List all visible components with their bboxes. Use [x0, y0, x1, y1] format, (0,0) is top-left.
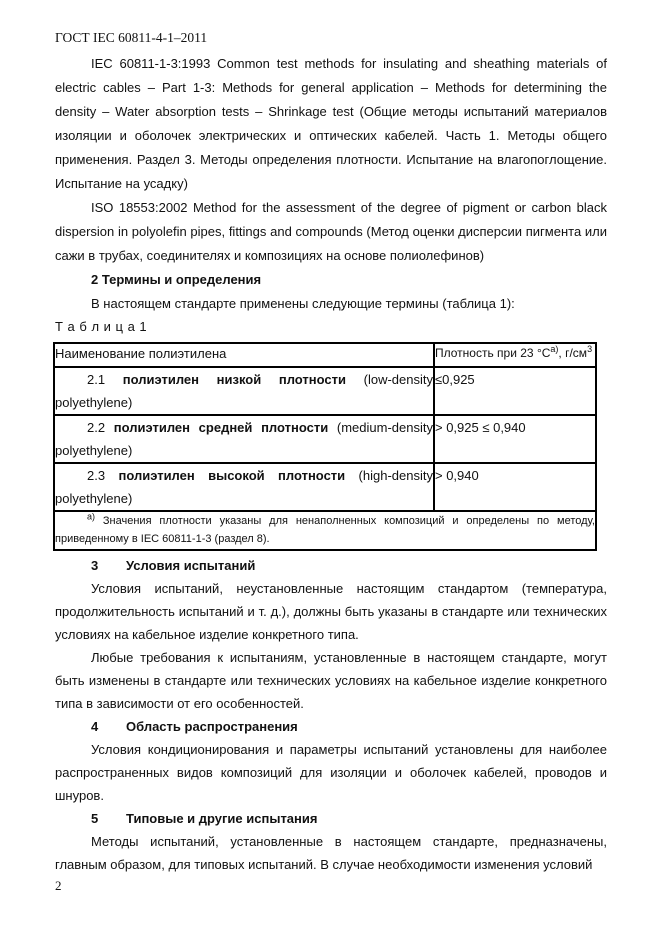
density-header-units-sup: 3: [587, 344, 592, 354]
section-title: Условия испытаний: [126, 558, 255, 573]
density-table: Наименование полиэтилена Плотность при 2…: [53, 342, 597, 551]
footnote-mark: а): [87, 511, 95, 521]
table-row: 2.1 полиэтилен низкой плотности (low-den…: [54, 367, 596, 415]
term-name: полиэтилен высокой плотности: [118, 468, 345, 483]
paragraph-iec-reference: IEC 60811-1-3:1993 Common test methods f…: [55, 52, 607, 196]
section-title: Область распространения: [126, 719, 298, 734]
paragraph-iso-reference: ISO 18553:2002 Method for the assessment…: [55, 196, 607, 268]
term-cell-high-density: 2.3 полиэтилен высокой плотности (high-d…: [54, 463, 434, 511]
section-heading-type-tests: 5Типовые и другие испытания: [55, 807, 607, 830]
section-heading-scope: 4Область распространения: [55, 715, 607, 738]
term-name: полиэтилен средней плотности: [114, 420, 328, 435]
table-header-name: Наименование полиэтилена: [54, 343, 434, 367]
term-cell-medium-density: 2.2 полиэтилен средней плотности (medium…: [54, 415, 434, 463]
paragraph-type-tests: Методы испытаний, установленные в настоя…: [55, 830, 607, 876]
paragraph-scope: Условия кондиционирования и параметры ис…: [55, 738, 607, 807]
section-number: 5: [91, 807, 126, 830]
value-cell-low-density: ≤0,925: [434, 367, 596, 415]
section-number: 4: [91, 715, 126, 738]
document-body: IEC 60811-1-3:1993 Common test methods f…: [55, 52, 607, 876]
table-row: 2.3 полиэтилен высокой плотности (high-d…: [54, 463, 596, 511]
density-header-units: , г/см: [558, 346, 587, 360]
section-title: Типовые и другие испытания: [126, 811, 317, 826]
section-heading-terms: 2 Термины и определения: [55, 268, 607, 292]
table-header-row: Наименование полиэтилена Плотность при 2…: [54, 343, 596, 367]
section-heading-test-conditions: 3Условия испытаний: [55, 554, 607, 577]
table-header-density: Плотность при 23 °Са), г/см3: [434, 343, 596, 367]
table-footnote-row: а) Значения плотности указаны для ненапо…: [54, 511, 596, 550]
table-caption: Т а б л и ц а 1: [55, 316, 607, 338]
value-cell-high-density: > 0,940: [434, 463, 596, 511]
paragraph-conditions-1: Условия испытаний, неустановленные насто…: [55, 577, 607, 646]
density-header-text: Плотность при 23 °С: [435, 346, 550, 360]
term-number: 2.2: [87, 420, 105, 435]
term-number: 2.3: [87, 468, 105, 483]
footnote-text: Значения плотности указаны для ненаполне…: [55, 515, 595, 545]
term-name: полиэтилен низкой плотности: [123, 372, 346, 387]
table-row: 2.2 полиэтилен средней плотности (medium…: [54, 415, 596, 463]
value-cell-medium-density: > 0,925 ≤ 0,940: [434, 415, 596, 463]
term-number: 2.1: [87, 372, 105, 387]
document-code-header: ГОСТ IEC 60811-4-1–2011: [55, 30, 207, 46]
section-number: 3: [91, 554, 126, 577]
paragraph-terms-intro: В настоящем стандарте применены следующи…: [55, 292, 607, 316]
table-footnote: а) Значения плотности указаны для ненапо…: [54, 511, 596, 550]
document-page: ГОСТ IEC 60811-4-1–2011 IEC 60811-1-3:19…: [0, 0, 661, 936]
term-cell-low-density: 2.1 полиэтилен низкой плотности (low-den…: [54, 367, 434, 415]
page-number: 2: [55, 878, 62, 894]
paragraph-conditions-2: Любые требования к испытаниям, установле…: [55, 646, 607, 715]
